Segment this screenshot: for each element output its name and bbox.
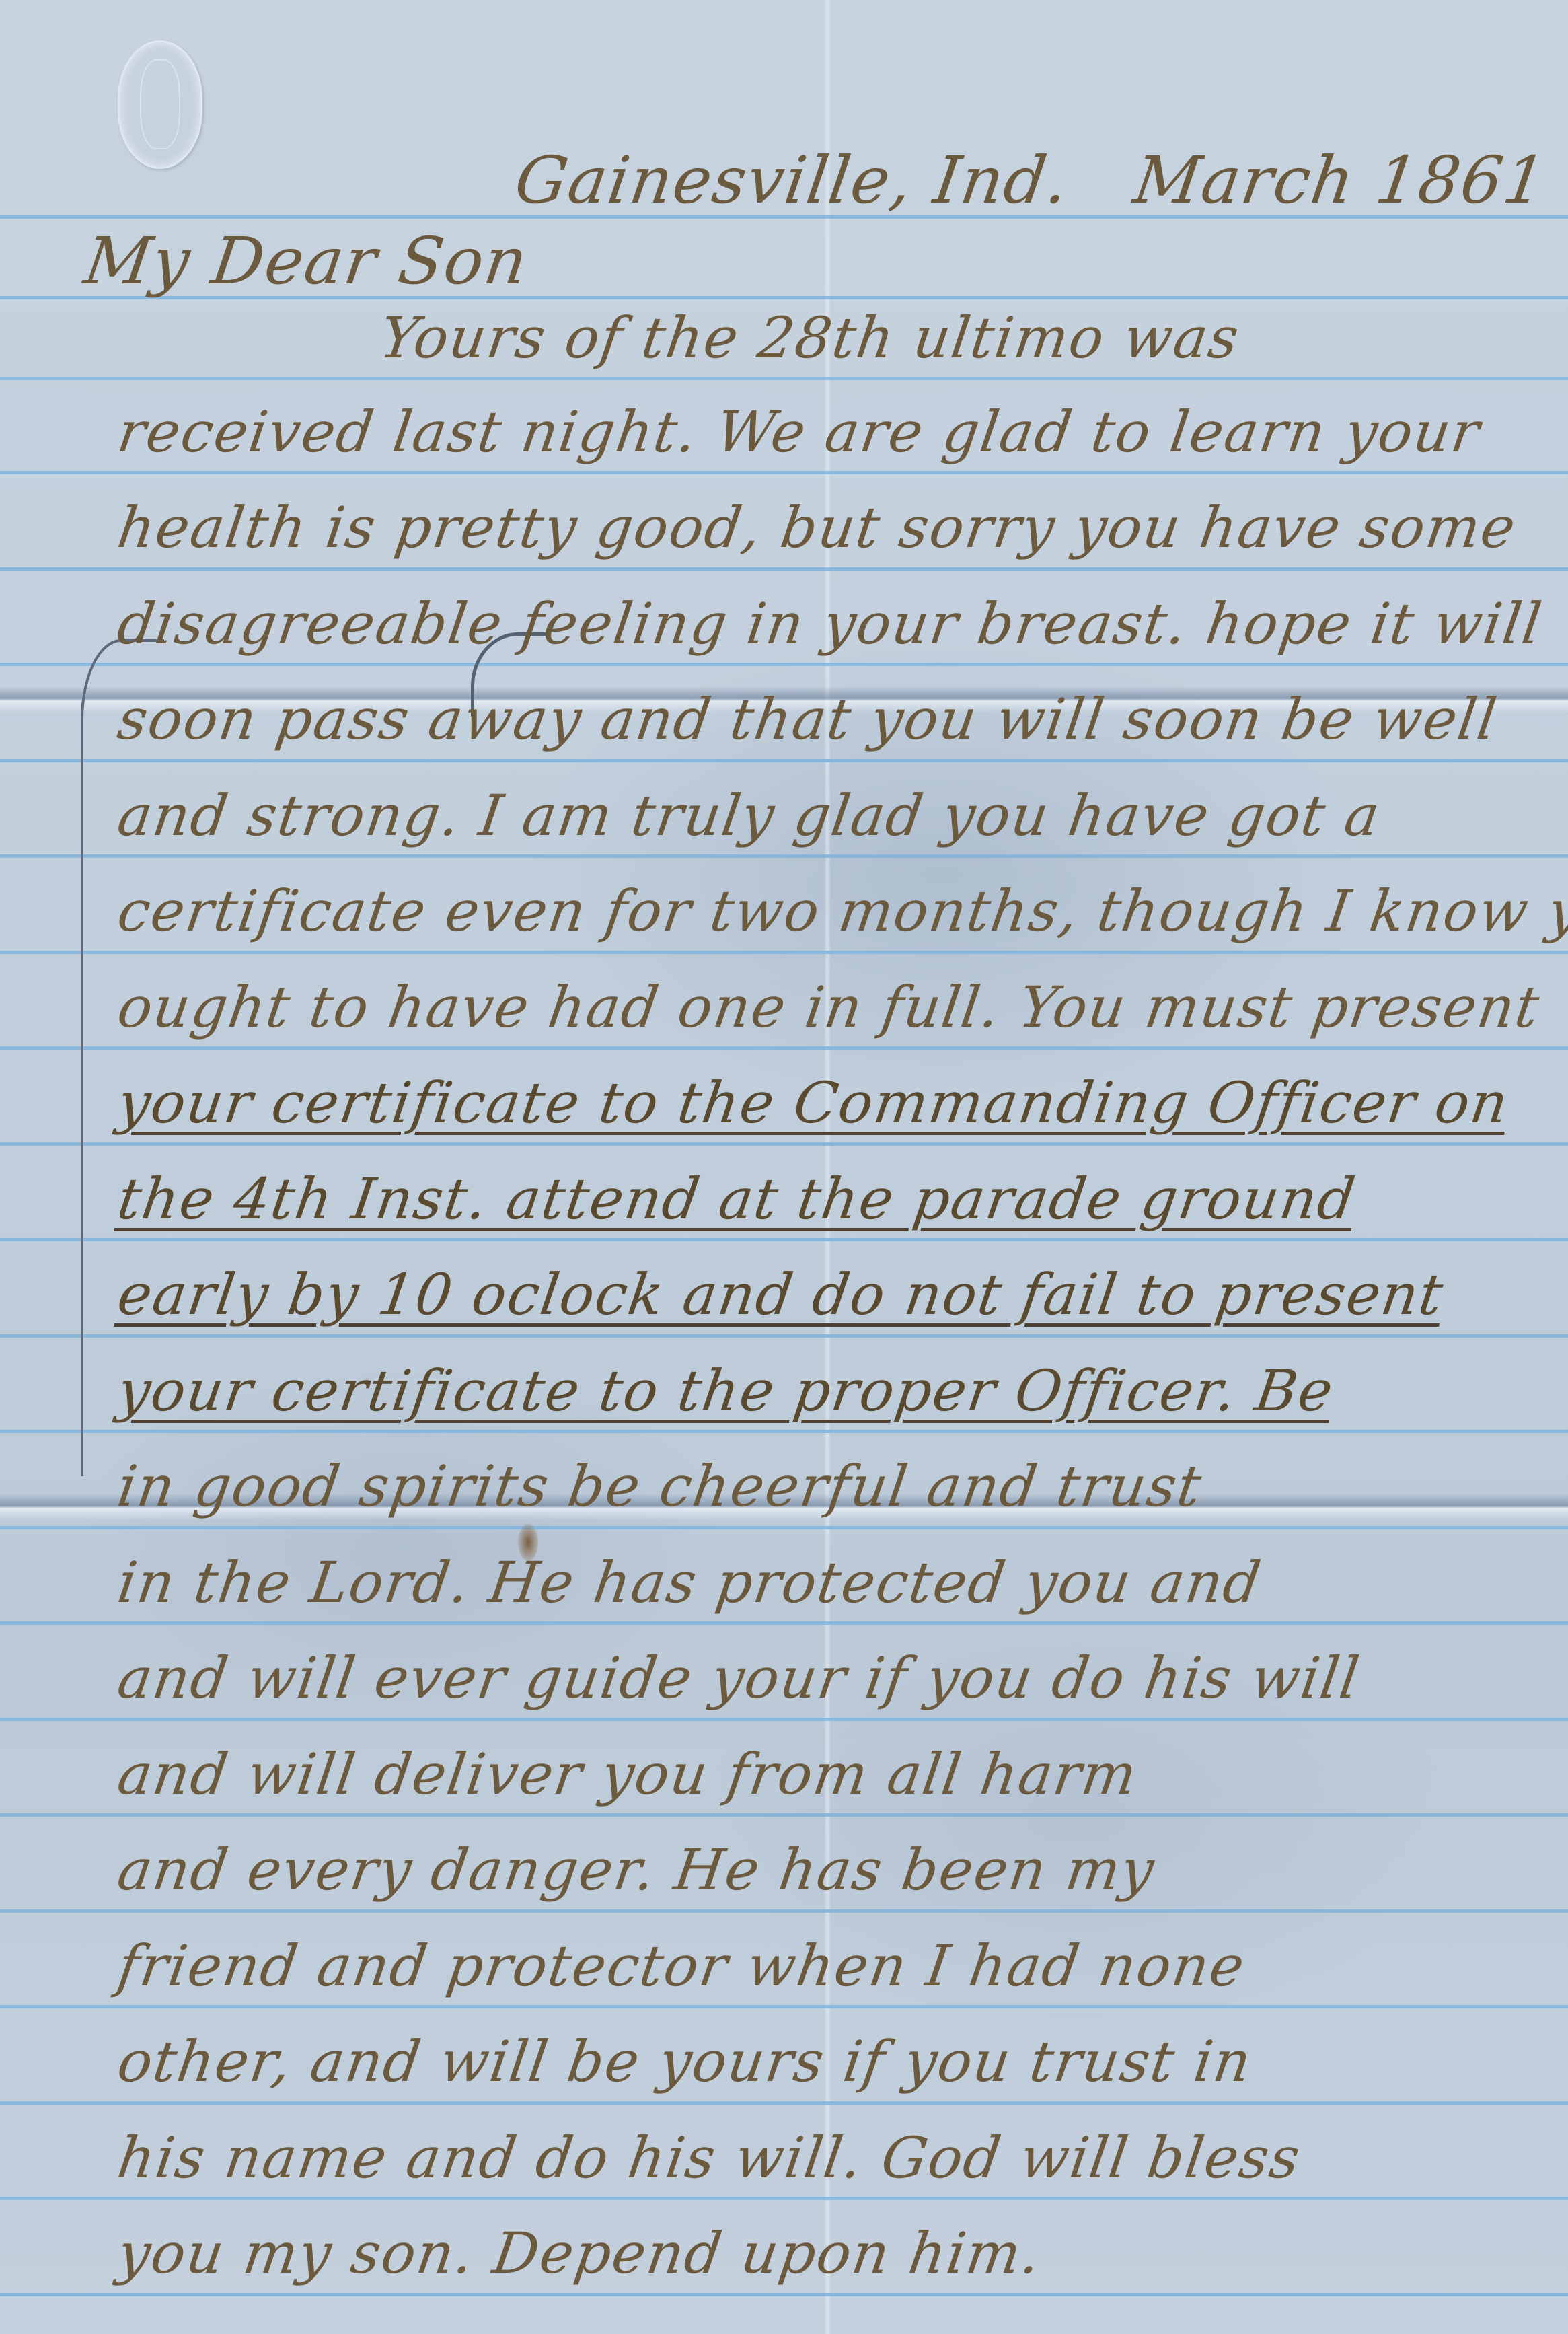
letter-line: you my son. Depend upon him.: [114, 2225, 1045, 2282]
ruled-line: [0, 1238, 1568, 1241]
letter-line: soon pass away and that you will soon be…: [114, 691, 1501, 747]
letter-line: certificate even for two months, though …: [114, 883, 1568, 939]
ruled-line: [0, 759, 1568, 762]
letter-line-underlined: early by 10 oclock and do not fail to pr…: [114, 1266, 1448, 1323]
letter-line: disagreeable feeling in your breast. hop…: [114, 595, 1546, 652]
ruled-line: [0, 377, 1568, 380]
ruled-line: [0, 1334, 1568, 1338]
ruled-line: [0, 471, 1568, 474]
letter-line: received last night. We are glad to lear…: [114, 404, 1484, 460]
letter-line: in good spirits be cheerful and trust: [114, 1458, 1205, 1515]
ruled-line: [0, 567, 1568, 571]
letter-line: his name and do his will. God will bless: [114, 2129, 1304, 2186]
letter-heading: Gainesville, Ind. March 1861: [511, 148, 1551, 213]
letter-line-underlined: your certificate to the proper Officer. …: [114, 1362, 1337, 1419]
ruled-line: [0, 951, 1568, 954]
letter-line: friend and protector when I had none: [114, 1938, 1249, 1994]
salutation: My Dear Son: [81, 229, 532, 293]
letter-line-underlined: your certificate to the Commanding Offic…: [114, 1074, 1513, 1131]
heading-place: Gainesville, Ind.: [511, 143, 1074, 218]
ruled-line: [0, 1909, 1568, 1913]
letter-line: and will deliver you from all harm: [114, 1746, 1141, 1802]
ruled-line: [0, 1046, 1568, 1050]
ruled-line: [0, 1718, 1568, 1721]
embossed-stamp-icon: [118, 40, 202, 169]
letter-line: in the Lord. He has protected you and: [114, 1554, 1265, 1611]
ruled-line: [0, 1621, 1568, 1625]
letter-line: ought to have had one in full. You must …: [114, 979, 1544, 1035]
ruled-line: [0, 854, 1568, 858]
ruled-line: [0, 1142, 1568, 1146]
ruled-line: [0, 1526, 1568, 1529]
ruled-line: [0, 2101, 1568, 2105]
letter-line: health is pretty good, but sorry you hav…: [114, 499, 1520, 556]
heading-date: March 1861: [1129, 143, 1552, 218]
ruled-line: [0, 2005, 1568, 2008]
letter-line: and will ever guide your if you do his w…: [114, 1650, 1364, 1706]
ruled-line: [0, 1813, 1568, 1817]
letter-line: and every danger. He has been my: [114, 1841, 1158, 1898]
letter-line: and strong. I am truly glad you have got…: [114, 787, 1384, 844]
ruled-line: [0, 2293, 1568, 2296]
ruled-line: [0, 2197, 1568, 2200]
letter-line: Yours of the 28th ultimo was: [377, 309, 1243, 366]
letter-page: Gainesville, Ind. March 1861 My Dear Son…: [0, 0, 1568, 2334]
ruled-line: [0, 1430, 1568, 1433]
letter-line-underlined: the 4th Inst. attend at the parade groun…: [114, 1171, 1359, 1227]
pencil-margin-bracket: [81, 639, 164, 1476]
ruled-line: [0, 663, 1568, 666]
letter-line: other, and will be yours if you trust in: [114, 2033, 1255, 2090]
